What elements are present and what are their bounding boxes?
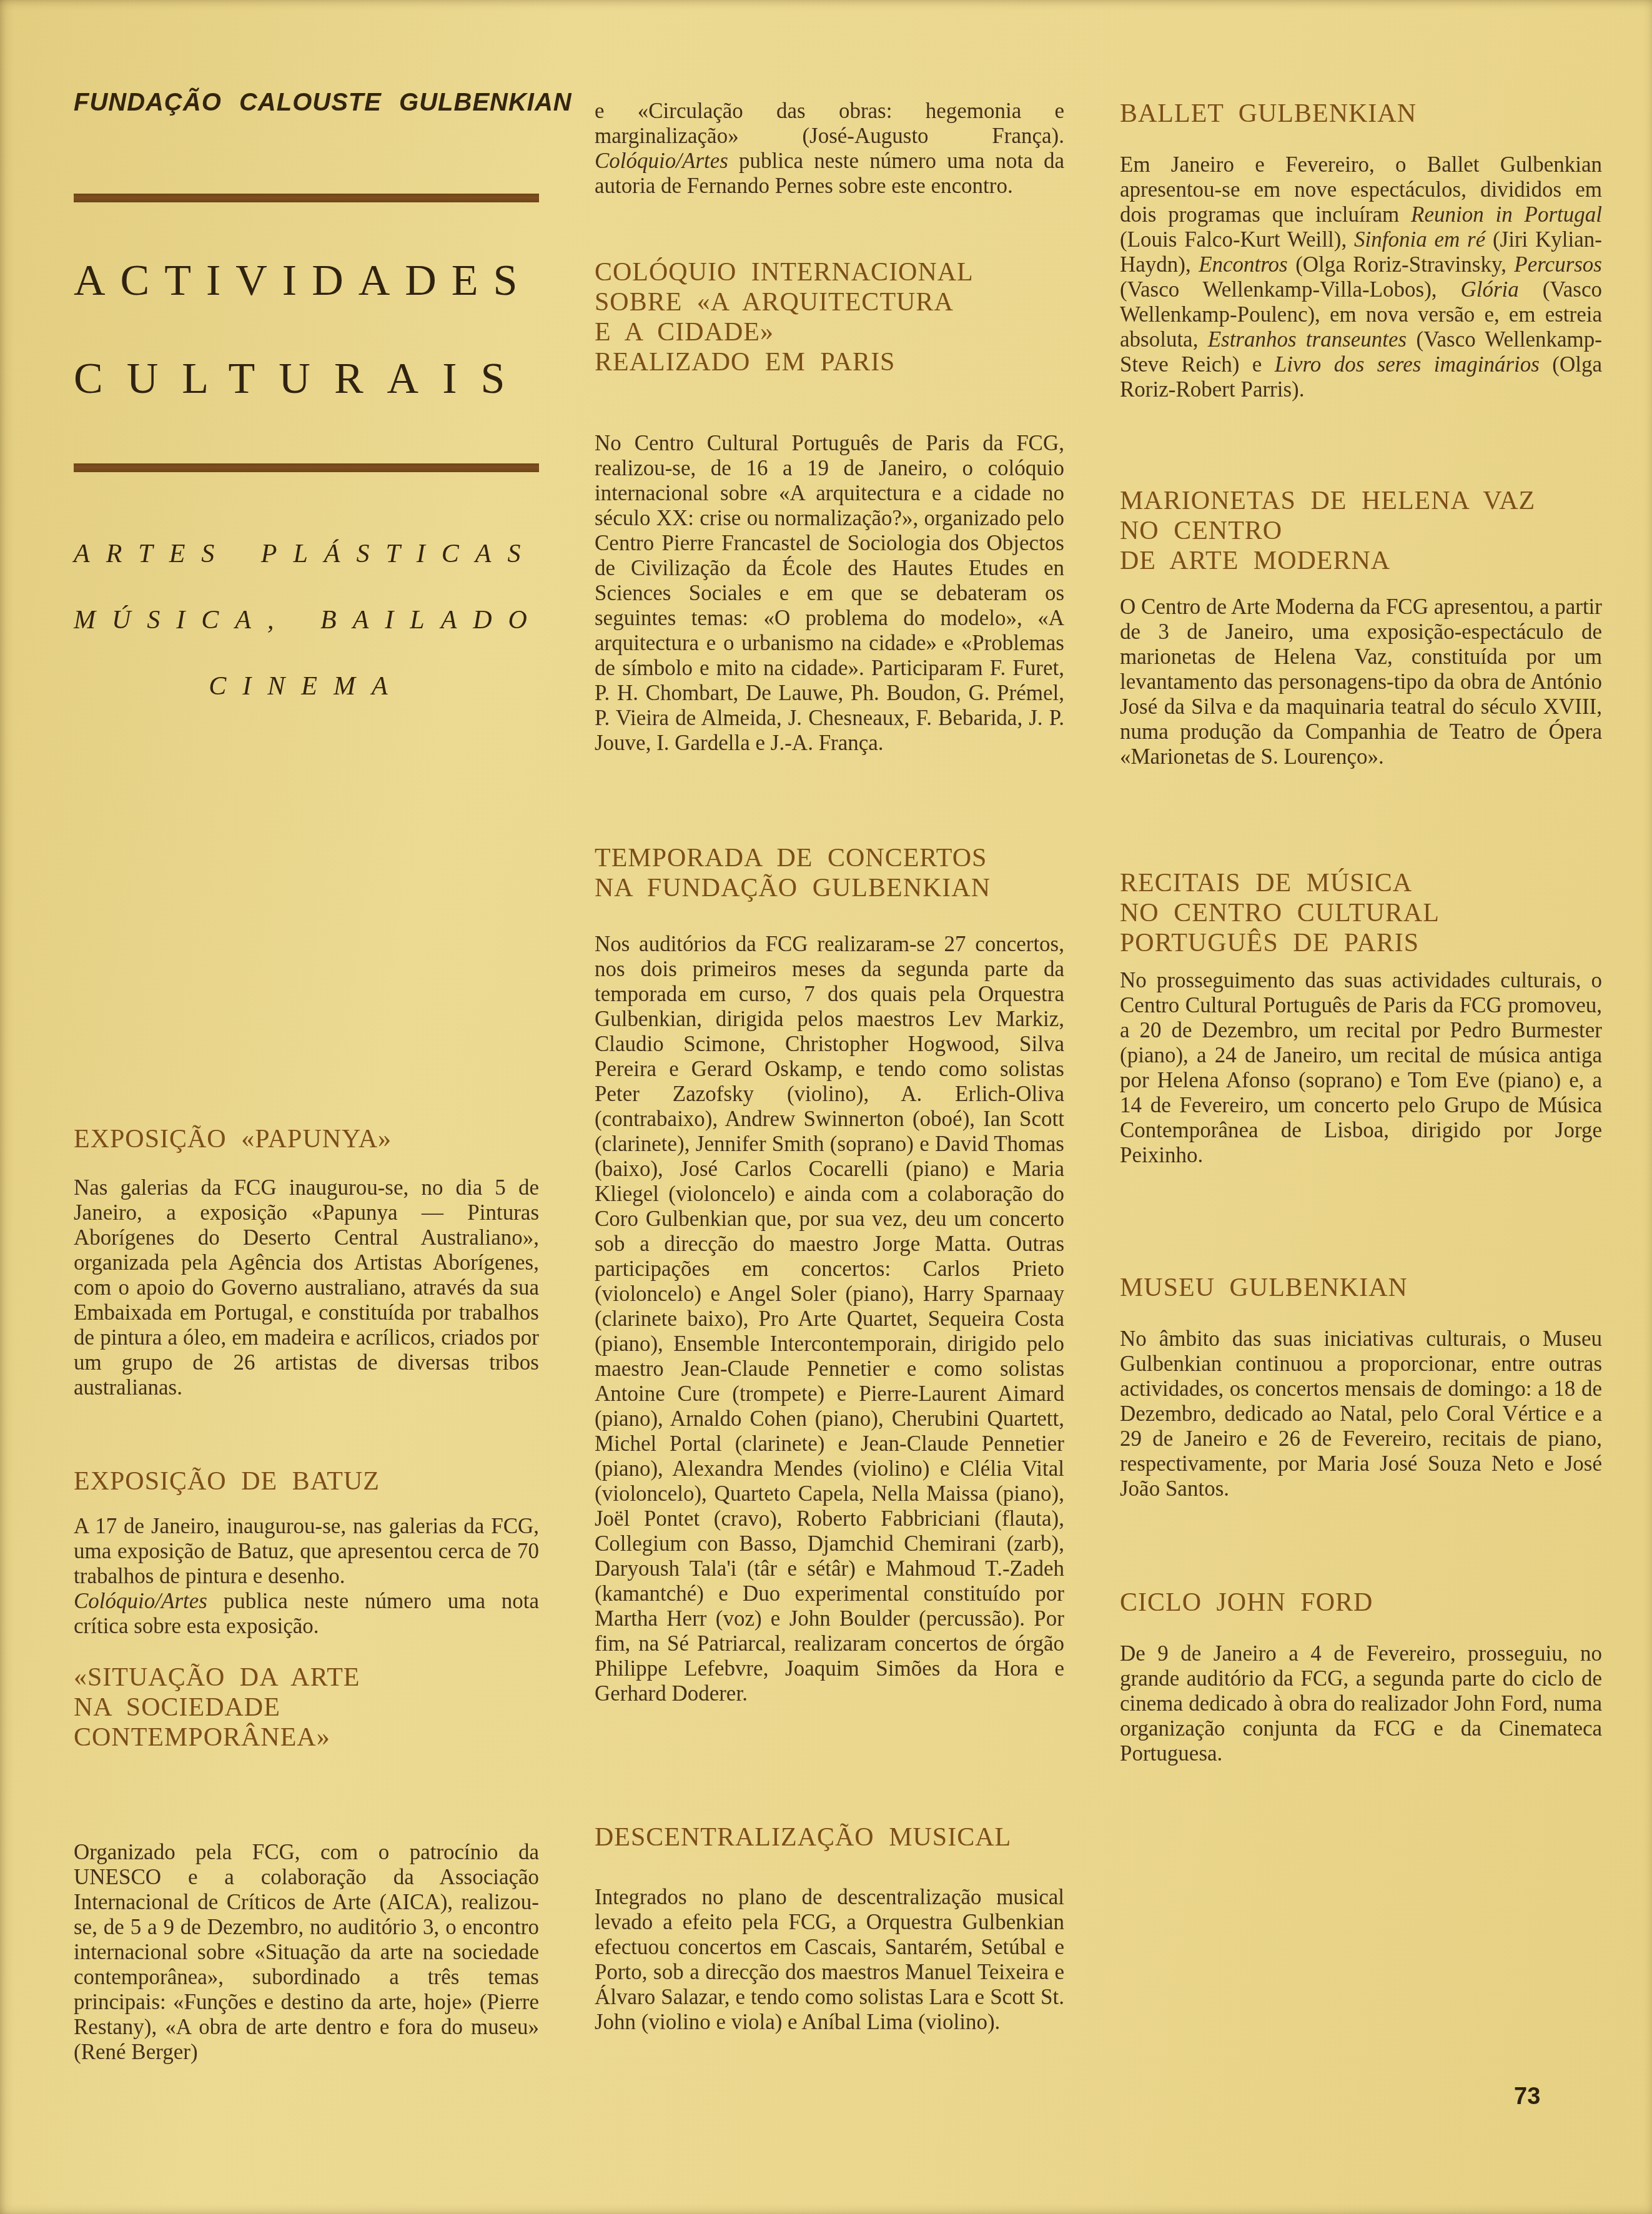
section-heading-exposicao-papunya: EXPOSIÇÃO «PAPUNYA» [74,1124,539,1154]
section-body-recitais-de-musica: No prosseguimento das suas actividades c… [1120,968,1602,1168]
section-heading-ballet-gulbenkian: BALLET GULBENKIAN [1120,99,1602,129]
section-body-museu-gulbenkian: No âmbito das suas iniciativas culturais… [1120,1327,1602,1501]
section-body-ciclo-john-ford: De 9 de Janeiro a 4 de Fevereiro, prosse… [1120,1641,1602,1766]
section-heading-marionetas-helena-vaz: MARIONETAS DE HELENA VAZ NO CENTRO DE AR… [1120,486,1602,576]
masthead-rule-bottom [74,463,539,472]
section-heading-exposicao-batuz: EXPOSIÇÃO DE BATUZ [74,1466,539,1496]
page-number: 73 [1514,2083,1540,2110]
middle-column: e «Circulação das obras: hegemonia e mar… [595,0,1064,2214]
section-body-marionetas-helena-vaz: O Centro de Arte Moderna da FCG apresent… [1120,595,1602,769]
section-heading-ciclo-john-ford: CICLO JOHN FORD [1120,1588,1602,1618]
masthead-title-line2: CULTURAIS [74,357,539,401]
section-body-descentralizacao-musical: Integrados no plano de descentralização … [595,1885,1064,2035]
masthead-subtitle-line1: ARTES PLÁSTICAS [74,541,539,567]
masthead-title-line1: ACTIVIDADES [74,259,539,303]
batuz-paragraph-2: Colóquio/Artes publica neste número uma … [74,1589,539,1639]
left-column: FUNDAÇÃO CALOUSTE GULBENKIAN ACTIVIDADES… [74,0,539,2214]
section-body-temporada-de-concertos: Nos auditórios da FCG realizaram-se 27 c… [595,932,1064,1706]
section-heading-temporada-de-concertos: TEMPORADA DE CONCERTOS NA FUNDAÇÃO GULBE… [595,843,1064,903]
masthead-subtitle-line2: MÚSICA, BAILADO [74,607,539,633]
magazine-page: FUNDAÇÃO CALOUSTE GULBENKIAN ACTIVIDADES… [0,0,1652,2214]
section-heading-situacao-da-arte: «SITUAÇÃO DA ARTE NA SOCIEDADE CONTEMPOR… [74,1663,539,1752]
section-heading-coloquio-internacional: COLÓQUIO INTERNACIONAL SOBRE «A ARQUITEC… [595,257,1064,377]
section-heading-museu-gulbenkian: MUSEU GULBENKIAN [1120,1273,1602,1303]
section-body-coloquio-internacional: No Centro Cultural Português de Paris da… [595,431,1064,756]
section-body-exposicao-batuz: A 17 de Janeiro, inaugurou-se, nas galer… [74,1514,539,1639]
section-body-ballet-gulbenkian: Em Janeiro e Fevereiro, o Ballet Gulbenk… [1120,152,1602,402]
right-column: BALLET GULBENKIAN Em Janeiro e Fevereiro… [1120,0,1602,2214]
batuz-paragraph-1: A 17 de Janeiro, inaugurou-se, nas galer… [74,1514,539,1589]
section-body-exposicao-papunya: Nas galerias da FCG inaugurou-se, no dia… [74,1175,539,1400]
continued-paragraph: e «Circulação das obras: hegemonia e mar… [595,99,1064,199]
section-body-situacao-da-arte: Organizado pela FCG, com o patrocínio da… [74,1840,539,2065]
publisher-name: FUNDAÇÃO CALOUSTE GULBENKIAN [74,89,539,117]
masthead-rule-top [74,194,539,202]
masthead-subtitle-line3: CINEMA [74,673,539,699]
section-heading-recitais-de-musica: RECITAIS DE MÚSICA NO CENTRO CULTURAL PO… [1120,868,1602,958]
section-heading-descentralizacao-musical: DESCENTRALIZAÇÃO MUSICAL [595,1822,1064,1852]
